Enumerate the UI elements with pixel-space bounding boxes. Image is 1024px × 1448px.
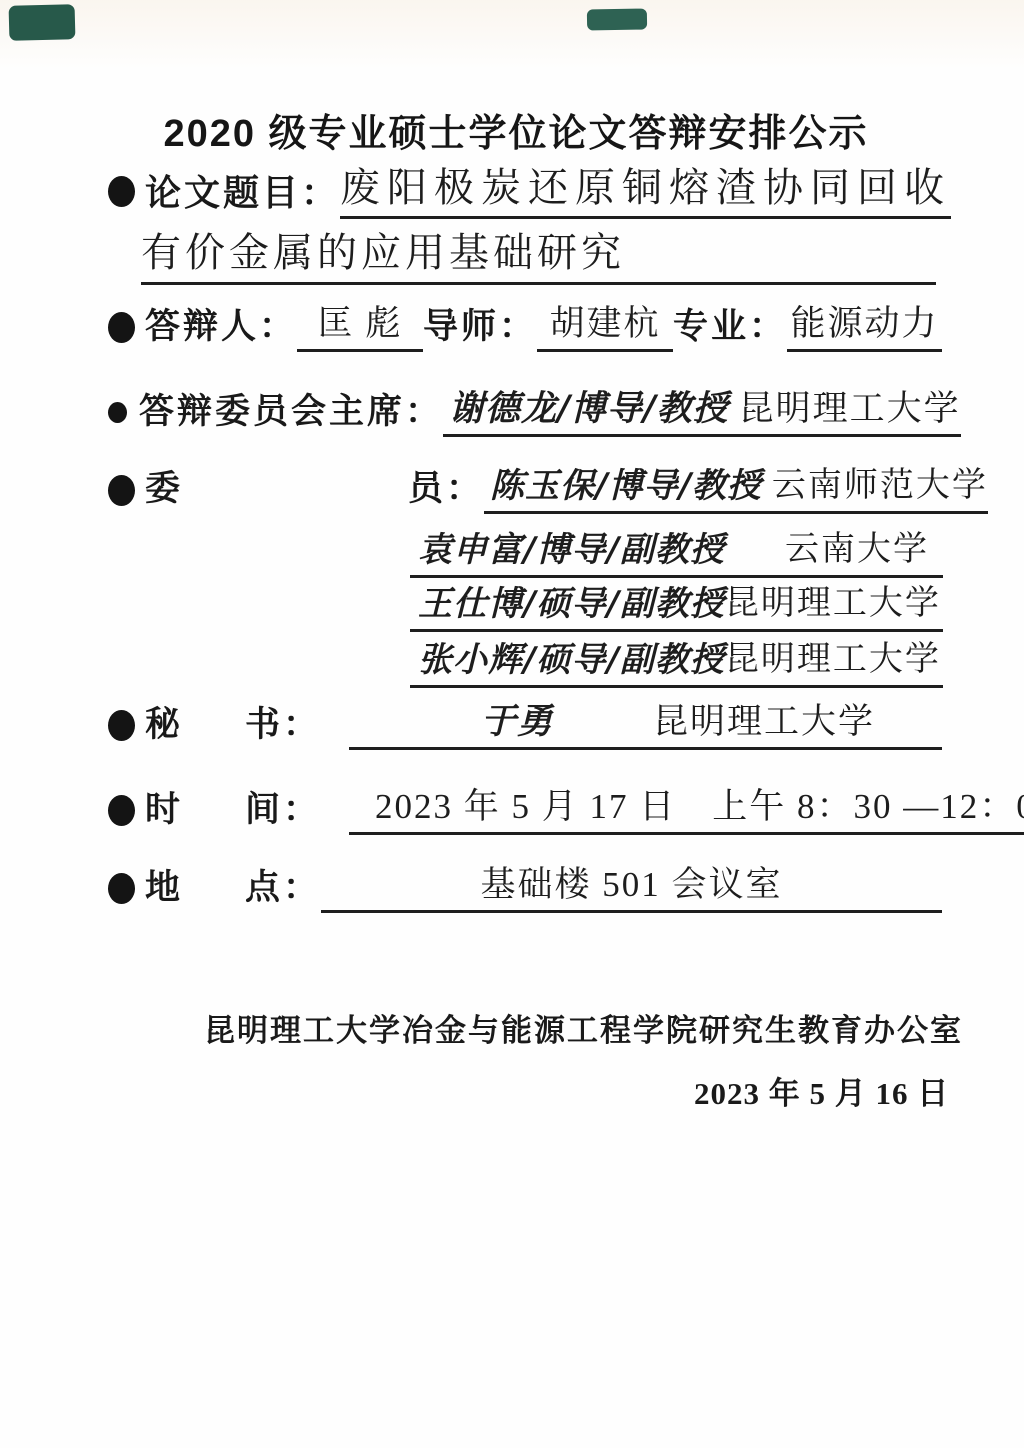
bullet-icon xyxy=(108,312,135,343)
thesis-title-label: 论文题目： xyxy=(145,172,340,219)
time-period: 上午 8：30 —12：00 xyxy=(712,786,1024,827)
thesis-title-row: 论文题目： 废阳极炭还原铜熔渣协同回收 xyxy=(108,164,942,219)
location-value: 基础楼 501 会议室 xyxy=(481,864,783,905)
advisor-name: 胡建杭 xyxy=(550,303,661,344)
time-row: 时 间： 2023 年 5 月 17 日 上午 8：30 —12：00 xyxy=(108,786,942,835)
thesis-title-value-line1: 废阳极炭还原铜熔渣协同回收 xyxy=(340,164,951,211)
bullet-icon xyxy=(108,795,135,826)
committee-member-affiliation: 昆明理工大学 xyxy=(725,584,941,624)
committee-member-affiliation: 云南大学 xyxy=(785,530,929,570)
location-row: 地 点： 基础楼 501 会议室 xyxy=(108,864,942,913)
defender-label: 答辩人： xyxy=(145,306,297,352)
location-underline: 基础楼 501 会议室 xyxy=(321,864,942,913)
committee-label-char2: 员： xyxy=(408,468,484,514)
page-title: 2020 级专业硕士学位论文答辩安排公示 xyxy=(0,102,1024,157)
committee-member-row: 王仕博/硕导/副教授 昆明理工大学 xyxy=(410,584,943,632)
advisor-name-underline: 胡建杭 xyxy=(537,303,673,352)
footer-office: 昆明理工大学冶金与能源工程学院研究生教育办公室 xyxy=(204,1005,963,1050)
bullet-icon xyxy=(108,176,135,207)
major-value: 能源动力 xyxy=(791,303,939,344)
secretary-row: 秘 书： 于勇 昆明理工大学 xyxy=(108,701,942,750)
committee-member-affiliation: 昆明理工大学 xyxy=(725,640,941,680)
committee-label-char1: 委 xyxy=(145,468,183,514)
committee-chair-label: 答辩委员会主席： xyxy=(139,391,443,437)
major-label: 专业： xyxy=(673,306,787,352)
defender-name: 匡 彪 xyxy=(318,303,403,344)
committee-member-name: 袁申富/博导/副教授 xyxy=(418,530,725,570)
defense-announcement-document: 2020 级专业硕士学位论文答辩安排公示 论文题目： 废阳极炭还原铜熔渣协同回收… xyxy=(0,0,1024,1448)
time-label-char1: 时 xyxy=(145,789,183,835)
bullet-icon xyxy=(108,402,127,423)
advisor-label: 导师： xyxy=(423,306,537,352)
thesis-title-value-line2-underline: 有价金属的应用基础研究 xyxy=(141,229,936,285)
committee-member-name: 王仕博/硕导/副教授 xyxy=(418,584,725,624)
committee-member-name: 张小辉/硕导/副教授 xyxy=(418,640,725,680)
time-underline: 2023 年 5 月 17 日 上午 8：30 —12：00 xyxy=(349,786,1024,835)
bullet-icon xyxy=(108,873,135,904)
defender-row: 答辩人： 匡 彪 导师： 胡建杭 专业： 能源动力 xyxy=(108,303,942,352)
thesis-title-value-line2: 有价金属的应用基础研究 xyxy=(141,230,625,275)
committee-member-row: 袁申富/博导/副教授 云南大学 xyxy=(410,530,943,578)
committee-chair-row: 答辩委员会主席： 谢德龙/博导/教授 昆明理工大学 xyxy=(108,388,942,437)
committee-member-underline: 陈玉保/博导/教授 云南师范大学 xyxy=(484,466,988,514)
footer-date: 2023 年 5 月 16 日 xyxy=(694,1068,949,1113)
time-date: 2023 年 5 月 17 日 xyxy=(375,786,676,827)
scan-corner-mark-left xyxy=(9,4,76,41)
committee-member-row: 张小辉/硕导/副教授 昆明理工大学 xyxy=(410,640,943,688)
defender-name-underline: 匡 彪 xyxy=(297,303,423,352)
committee-chair-name: 谢德龙/博导/教授 xyxy=(449,388,729,429)
thesis-title-value-line1-underline: 废阳极炭还原铜熔渣协同回收 xyxy=(340,164,951,219)
committee-member-name: 陈玉保/博导/教授 xyxy=(490,466,762,506)
secretary-underline: 于勇 昆明理工大学 xyxy=(349,701,942,750)
committee-chair-underline: 谢德龙/博导/教授 昆明理工大学 xyxy=(443,388,961,437)
location-label-char1: 地 xyxy=(145,867,183,913)
scan-corner-mark-right xyxy=(587,8,647,30)
major-value-underline: 能源动力 xyxy=(787,303,942,352)
committee-member-row: 委 员： 陈玉保/博导/教授 云南师范大学 xyxy=(108,466,942,514)
committee-chair-affiliation: 昆明理工大学 xyxy=(739,388,961,429)
bullet-icon xyxy=(108,475,135,506)
secretary-label-char1: 秘 xyxy=(145,704,183,750)
secretary-name: 于勇 xyxy=(481,701,553,742)
secretary-label-char2: 书： xyxy=(245,704,321,750)
bullet-icon xyxy=(108,710,135,741)
committee-member-affiliation: 云南师范大学 xyxy=(772,466,988,506)
secretary-affiliation: 昆明理工大学 xyxy=(653,701,875,742)
location-label-char2: 点： xyxy=(245,867,321,913)
time-label-char2: 间： xyxy=(245,789,321,835)
